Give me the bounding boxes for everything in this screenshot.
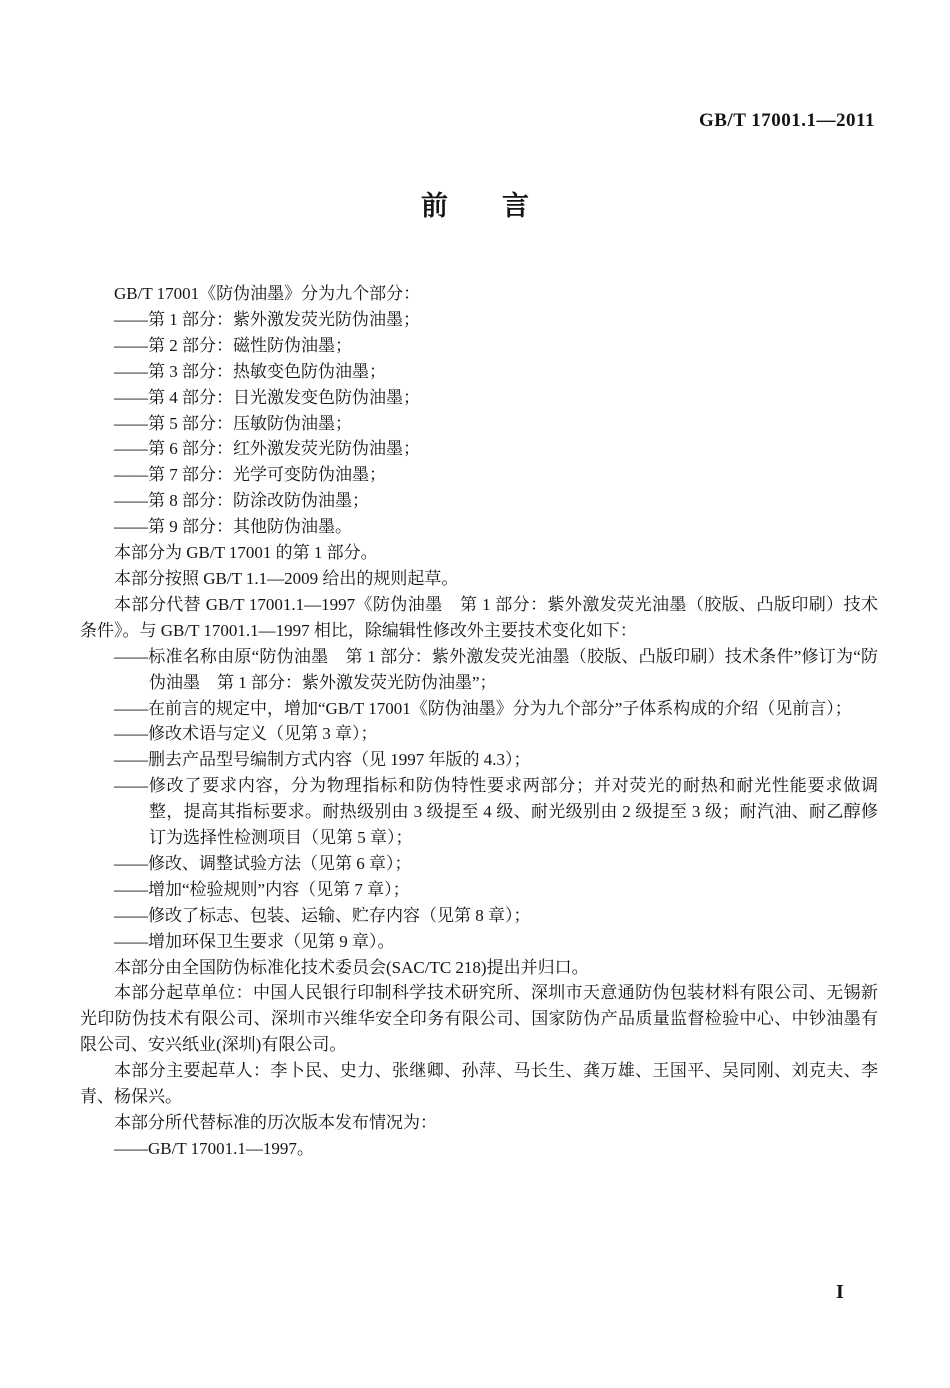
paragraph: 本部分由全国防伪标准化技术委员会(SAC/TC 218)提出并归口。 (80, 955, 878, 981)
paragraph: ——增加“检验规则”内容（见第 7 章）； (80, 877, 878, 903)
paragraph: ——第 7 部分：光学可变防伪油墨； (80, 462, 878, 488)
paragraph: 本部分所代替标准的历次版本发布情况为： (80, 1110, 878, 1136)
paragraph: ——修改、调整试验方法（见第 6 章）； (80, 851, 878, 877)
paragraph: ——修改了要求内容，分为物理指标和防伪特性要求两部分；并对荧光的耐热和耐光性能要… (80, 773, 878, 851)
paragraph: ——第 1 部分：紫外激发荧光防伪油墨； (80, 307, 878, 333)
standard-number-header: GB/T 17001.1—2011 (80, 110, 875, 132)
paragraph: ——第 5 部分：压敏防伪油墨； (80, 411, 878, 437)
paragraph: 本部分主要起草人：李卜民、史力、张继卿、孙萍、马长生、龚万雄、王国平、吴同刚、刘… (80, 1058, 878, 1110)
paragraph: ——第 8 部分：防涂改防伪油墨； (80, 488, 878, 514)
page-number: I (836, 1281, 844, 1304)
document-page: GB/T 17001.1—2011 前 言 GB/T 17001《防伪油墨》分为… (0, 0, 950, 1388)
paragraph: ——GB/T 17001.1—1997。 (80, 1136, 878, 1162)
paragraph: GB/T 17001《防伪油墨》分为九个部分： (80, 281, 878, 307)
foreword-body: GB/T 17001《防伪油墨》分为九个部分：——第 1 部分：紫外激发荧光防伪… (80, 281, 878, 1162)
paragraph: ——标准名称由原“防伪油墨 第 1 部分：紫外激发荧光油墨（胶版、凸版印刷）技术… (80, 644, 878, 696)
paragraph: 本部分为 GB/T 17001 的第 1 部分。 (80, 540, 878, 566)
paragraph: ——修改了标志、包装、运输、贮存内容（见第 8 章）； (80, 903, 878, 929)
paragraph: ——第 4 部分：日光激发变色防伪油墨； (80, 385, 878, 411)
paragraph: 本部分起草单位：中国人民银行印制科学技术研究所、深圳市天意通防伪包装材料有限公司… (80, 980, 878, 1058)
paragraph: ——第 6 部分：红外激发荧光防伪油墨； (80, 436, 878, 462)
paragraph: ——第 9 部分：其他防伪油墨。 (80, 514, 878, 540)
paragraph: ——第 3 部分：热敏变色防伪油墨； (80, 359, 878, 385)
paragraph: ——修改术语与定义（见第 3 章）； (80, 721, 878, 747)
paragraph: ——第 2 部分：磁性防伪油墨； (80, 333, 878, 359)
page-title: 前 言 (0, 190, 950, 222)
paragraph: 本部分按照 GB/T 1.1—2009 给出的规则起草。 (80, 566, 878, 592)
paragraph: ——删去产品型号编制方式内容（见 1997 年版的 4.3）； (80, 747, 878, 773)
paragraph: ——增加环保卫生要求（见第 9 章）。 (80, 929, 878, 955)
paragraph: 本部分代替 GB/T 17001.1—1997《防伪油墨 第 1 部分：紫外激发… (80, 592, 878, 644)
paragraph: ——在前言的规定中，增加“GB/T 17001《防伪油墨》分为九个部分”子体系构… (80, 696, 878, 722)
